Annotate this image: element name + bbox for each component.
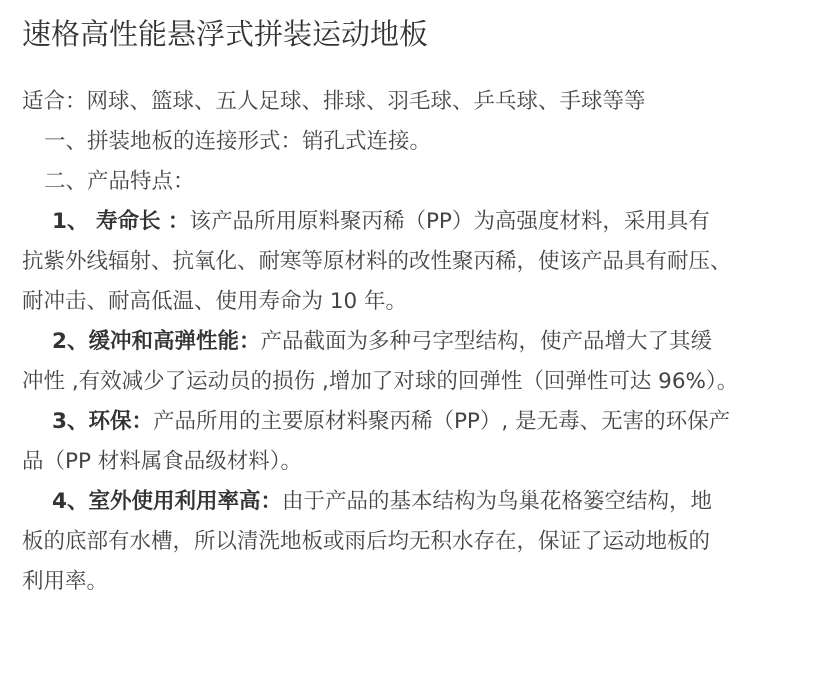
feature-eco: 3、环保：产品所用的主要原材料聚丙稀（PP）, 是无毒、无害的环保产 品（PP …: [22, 402, 822, 482]
feature-text: 抗紫外线辐射、抗氧化、耐寒等原材料的改性聚丙稀，使该产品具有耐压、: [22, 242, 822, 282]
feature-cushioning: 2、缓冲和高弹性能：产品截面为多种弓字型结构，使产品增大了其缓 冲性 ,有效减少…: [22, 322, 822, 402]
feature-text: 产品所用的主要原材料聚丙稀（PP）, 是无毒、无害的环保产: [153, 409, 730, 434]
feature-lifespan: 1、 寿命长 ：该产品所用原料聚丙稀（PP）为高强度材料，采用具有 抗紫外线辐射…: [22, 202, 822, 322]
page-title: 速格高性能悬浮式拼装运动地板: [22, 14, 428, 54]
feature-outdoor: 4、室外使用利用率高：由于产品的基本结构为鸟巢花格篓空结构，地 板的底部有水槽，…: [22, 482, 822, 602]
suitable-sports: 适合：网球、篮球、五人足球、排球、羽毛球、乒乓球、手球等等: [22, 82, 822, 122]
feature-lead: 2、缓冲和高弹性能：: [52, 329, 260, 354]
feature-text: 产品截面为多种弓字型结构，使产品增大了其缓: [260, 329, 712, 354]
feature-text: 冲性 ,有效减少了运动员的损伤 ,增加了对球的回弹性（回弹性可达 96%）。: [22, 362, 822, 402]
features-heading: 二、产品特点：: [22, 162, 822, 202]
feature-lead: 4、室外使用利用率高：: [52, 489, 282, 514]
connection-type: 一、拼装地板的连接形式：销孔式连接。: [22, 122, 822, 162]
feature-lead: 1、 寿命长 ：: [52, 209, 189, 234]
feature-text: 该产品所用原料聚丙稀（PP）为高强度材料，采用具有: [189, 209, 709, 234]
feature-text: 耐冲击、耐高低温、使用寿命为 10 年。: [22, 282, 822, 322]
feature-text: 利用率。: [22, 562, 822, 602]
document-body: 适合：网球、篮球、五人足球、排球、羽毛球、乒乓球、手球等等 一、拼装地板的连接形…: [22, 82, 822, 602]
feature-text: 品（PP 材料属食品级材料）。: [22, 442, 822, 482]
feature-text: 板的底部有水槽，所以清洗地板或雨后均无积水存在，保证了运动地板的: [22, 522, 822, 562]
feature-lead: 3、环保：: [52, 409, 153, 434]
feature-text: 由于产品的基本结构为鸟巢花格篓空结构，地: [282, 489, 712, 514]
